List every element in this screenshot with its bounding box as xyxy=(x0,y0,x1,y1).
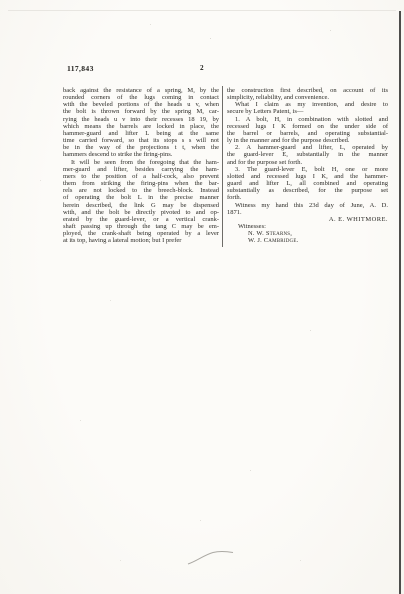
text-line: recessed lugs I K formed on the under si… xyxy=(227,123,388,130)
text-line: rounded corners of the lugs coming in co… xyxy=(63,94,219,101)
text-line: hammers descend to strike the firing-pin… xyxy=(63,151,219,158)
text-line: rels are not locked to the breech-block.… xyxy=(63,187,219,194)
text-line: them from striking the firing-pins when … xyxy=(63,180,219,187)
scan-edge-top xyxy=(8,10,396,11)
text-line: N. W. Stearns, xyxy=(227,230,388,237)
left-column: back against the resistance of a spring,… xyxy=(63,87,219,244)
text-line: secure by Letters Patent, is— xyxy=(227,108,388,115)
page-number: 2 xyxy=(200,64,204,72)
text-line: ployed, the crank-shaft being operated b… xyxy=(63,230,219,237)
text-line: substantially as described, for the purp… xyxy=(227,187,388,194)
text-line: Witnesses: xyxy=(227,223,388,230)
text-line: time carried forward, so that its stops … xyxy=(63,137,219,144)
text-line: and for the purpose set forth. xyxy=(227,159,388,166)
text-line: slotted and recessed lugs I K, and the h… xyxy=(227,173,388,180)
text-line: the guard-lever E, substantially in the … xyxy=(227,151,388,158)
text-line: the construction first described, on acc… xyxy=(227,87,388,94)
pencil-mark xyxy=(186,548,236,568)
text-line: the bolt is thrown forward by the spring… xyxy=(63,108,219,115)
text-line: of operating the bolt L in the precise m… xyxy=(63,194,219,201)
scanned-patent-page: 117,843 2 back against the resistance of… xyxy=(0,0,404,594)
text-line: forth. xyxy=(227,194,388,201)
text-line: ly in the manner and for the purpose des… xyxy=(227,137,388,144)
patent-number: 117,843 xyxy=(67,64,94,73)
text-line: be in the way of the projections t t, wh… xyxy=(63,144,219,151)
text-line: the barrel or barrels, and operating sub… xyxy=(227,130,388,137)
text-line: 3. The guard-lever E, bolt H, one or mor… xyxy=(227,166,388,173)
scan-speckles xyxy=(0,0,1,1)
text-line: with, and the bolt be directly pivoted t… xyxy=(63,209,219,216)
text-line: back against the resistance of a spring,… xyxy=(63,87,219,94)
text-line: herein described, the link G may be disp… xyxy=(63,202,219,209)
text-line: 1871. xyxy=(227,209,388,216)
text-line: W. J. Cambridge. xyxy=(227,237,388,244)
text-line: at its top, having a lateral motion; but… xyxy=(63,237,219,244)
text-line: erated by the guard-lever, or a vertical… xyxy=(63,216,219,223)
text-line: shaft passing up through the tang C may … xyxy=(63,223,219,230)
text-line: mers to the position of a half-cock, als… xyxy=(63,173,219,180)
text-line: rying the heads u v into their recesses … xyxy=(63,116,219,123)
scan-edge-right xyxy=(399,11,401,594)
text-line: which means the barrels are locked in pl… xyxy=(63,123,219,130)
text-line: 1. A bolt, H, in combination with slotte… xyxy=(227,116,388,123)
text-line: 2. A hammer-guard and lifter, L, operate… xyxy=(227,144,388,151)
column-divider xyxy=(222,86,223,247)
text-line: Witness my hand this 23d day of June, A.… xyxy=(227,202,388,209)
text-line: guard and lifter L, all combined and ope… xyxy=(227,180,388,187)
text-line: It will be seen from the foregoing that … xyxy=(63,159,219,166)
text-line: hammer-guard and lifter L being at the s… xyxy=(63,130,219,137)
text-line: with the beveled portions of the heads u… xyxy=(63,101,219,108)
text-line: mer-guard and lifter, besides carrying t… xyxy=(63,166,219,173)
text-line: simplicity, reliability, and convenience… xyxy=(227,94,388,101)
text-line: What I claim as my invention, and desire… xyxy=(227,101,388,108)
text-line: A. E. WHITMORE. xyxy=(227,216,388,223)
right-column: the construction first described, on acc… xyxy=(227,87,388,244)
